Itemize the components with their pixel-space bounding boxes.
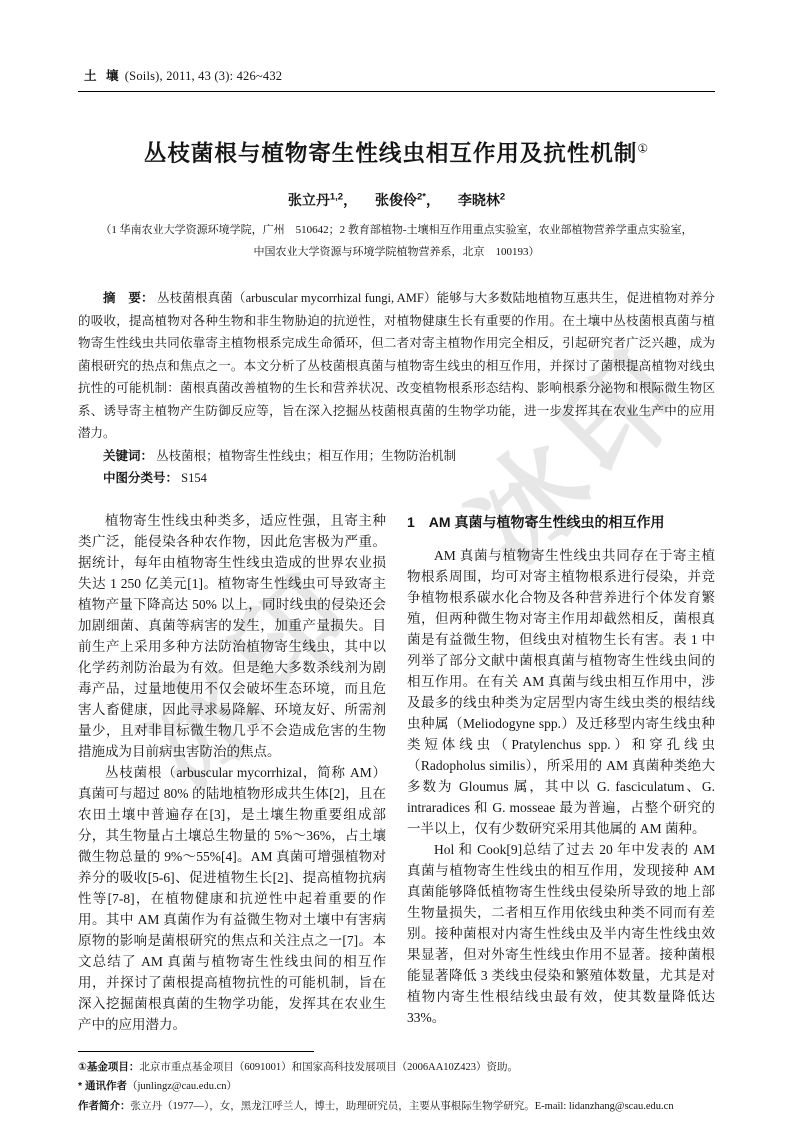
left-paragraph-2: 丛枝菌根（arbuscular mycorrhizal，简称 AM）真菌可与超过…: [78, 762, 386, 1035]
author-3-sup: 2: [500, 191, 505, 202]
abstract-label: 摘 要：: [103, 291, 154, 305]
author-3-name: 李晓林: [458, 192, 500, 208]
clc-value: S154: [181, 471, 207, 485]
paper-title: 丛枝菌根与植物寄生性线虫相互作用及抗性机制①: [78, 136, 715, 168]
author-1: 张立丹1,2: [288, 192, 343, 208]
footnotes-block: ①基金项目：北京市重点基金项目（6091001）和国家高科技发展项目（2006A…: [78, 1058, 715, 1117]
footnote-fund-label: ①基金项目：: [78, 1061, 139, 1073]
author-1-name: 张立丹: [288, 192, 330, 208]
page-content: 土 壤 (Soils), 2011, 43 (3): 426~432 丛枝菌根与…: [0, 0, 793, 1116]
paper-page: 冰印 冰印 土 壤 (Soils), 2011, 43 (3): 426~432…: [0, 0, 793, 1122]
author-2-name: 张俊伶: [375, 192, 417, 208]
title-footnote-marker: ①: [637, 142, 649, 156]
left-column: 植物寄生性线虫种类多，适应性强，且寄主种类广泛，能侵染各种农作物，因此危害极为严…: [78, 510, 386, 1035]
paper-title-text: 丛枝菌根与植物寄生性线虫相互作用及抗性机制: [144, 141, 638, 166]
keywords-line: 关键词： 丛枝菌根；植物寄生性线虫；相互作用；生物防治机制: [78, 445, 715, 468]
footnote-bio: 作者简介：张立丹（1977—），女，黑龙江呼兰人，博士，助理研究员，主要从事根际…: [78, 1097, 715, 1117]
footnote-corresponding: * 通讯作者（junlingz@cau.edu.cn）: [78, 1077, 715, 1097]
abstract-paragraph: 摘 要： 丛枝菌根真菌（arbuscular mycorrhizal fungi…: [78, 287, 715, 445]
keywords-text: 丛枝菌根；植物寄生性线虫；相互作用；生物防治机制: [156, 449, 456, 463]
footnote-separator-rule: [78, 1051, 314, 1052]
abstract-block: 摘 要： 丛枝菌根真菌（arbuscular mycorrhizal fungi…: [78, 287, 715, 490]
footnote-corresponding-label: * 通讯作者: [78, 1080, 127, 1092]
footnote-bio-label: 作者简介：: [78, 1100, 131, 1112]
authors-line: 张立丹1,2， 张俊伶2*， 李晓林2: [78, 190, 715, 210]
section-1-heading: 1AM 真菌与植物寄生性线虫的相互作用: [407, 512, 715, 533]
clc-line: 中图分类号： S154: [78, 467, 715, 490]
author-2-sup: 2*: [417, 191, 426, 202]
footnote-bio-text: 张立丹（1977—），女，黑龙江呼兰人，博士，助理研究员，主要从事根际生物学研究…: [131, 1101, 674, 1112]
footnote-fund: ①基金项目：北京市重点基金项目（6091001）和国家高科技发展项目（2006A…: [78, 1058, 715, 1078]
left-paragraph-1: 植物寄生性线虫种类多，适应性强，且寄主种类广泛，能侵染各种农作物，因此危害极为严…: [78, 510, 386, 762]
affiliation-line-2: 中国农业大学资源与环境学院植物营养系，北京 100193）: [78, 241, 715, 263]
section-1-title: AM 真菌与植物寄生性线虫的相互作用: [429, 514, 665, 530]
clc-label: 中图分类号：: [103, 471, 178, 485]
right-paragraph-1: AM 真菌与植物寄生性线虫共同存在于寄主植物根系周围，均可对寄主植物根系进行侵染…: [407, 545, 715, 839]
author-2: 张俊伶2*: [375, 192, 426, 208]
footnote-corresponding-text: （junlingz@cau.edu.cn）: [127, 1081, 237, 1092]
author-1-sup: 1,2: [330, 191, 343, 202]
footnote-fund-text: 北京市重点基金项目（6091001）和国家高科技发展项目（2006AA10Z42…: [139, 1062, 518, 1073]
author-separator: ，: [343, 192, 357, 208]
journal-header: 土 壤 (Soils), 2011, 43 (3): 426~432: [78, 66, 715, 92]
affiliation-line-1: （1 华南农业大学资源环境学院，广州 510642；2 教育部植物-土壤相互作用…: [78, 219, 715, 241]
affiliations: （1 华南农业大学资源环境学院，广州 510642；2 教育部植物-土壤相互作用…: [78, 219, 715, 263]
abstract-text: 丛枝菌根真菌（arbuscular mycorrhizal fungi, AMF…: [78, 291, 715, 440]
right-paragraph-2: Hol 和 Cook[9]总结了过去 20 年中发表的 AM 真菌与植物寄生性线…: [407, 839, 715, 1028]
right-column: 1AM 真菌与植物寄生性线虫的相互作用 AM 真菌与植物寄生性线虫共同存在于寄主…: [407, 510, 715, 1035]
author-separator: ，: [426, 192, 440, 208]
keywords-label: 关键词：: [103, 449, 153, 463]
body-columns: 植物寄生性线虫种类多，适应性强，且寄主种类广泛，能侵染各种农作物，因此危害极为严…: [78, 510, 715, 1035]
author-3: 李晓林2: [458, 192, 505, 208]
section-1-number: 1: [407, 514, 415, 530]
journal-name-cn: 土 壤: [84, 69, 121, 83]
journal-citation: (Soils), 2011, 43 (3): 426~432: [121, 69, 282, 83]
